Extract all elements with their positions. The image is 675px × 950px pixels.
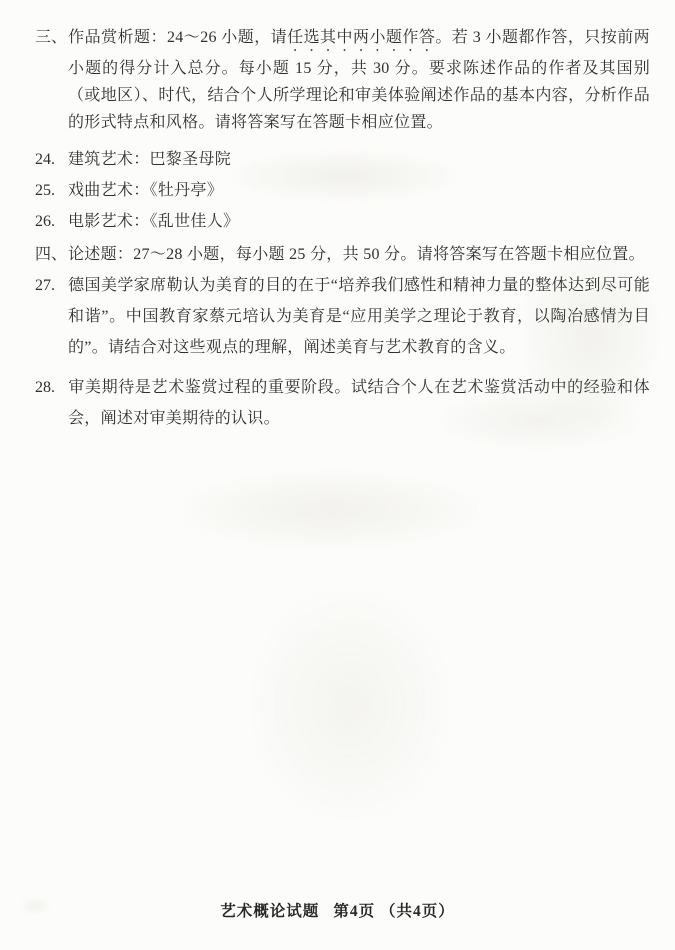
section-appreciation-heading: 三、作品赏析题：24～26 小题，请任选其中两小题作答。若 3 小题都作答，只按…	[35, 24, 650, 136]
section-instructions-before: 作品赏析题：24～26 小题，请	[68, 29, 287, 46]
section-instructions-emphasized: 任选其中两小题作答	[287, 29, 435, 46]
question-text: 建筑艺术：巴黎圣母院	[68, 151, 231, 168]
question-number: 24.	[35, 146, 68, 173]
section-number: 四、	[35, 241, 68, 268]
question-26: 26.电影艺术：《乱世佳人》	[35, 208, 650, 235]
question-number: 28.	[35, 372, 68, 403]
question-number: 27.	[35, 270, 68, 301]
question-text: 德国美学家席勒认为美育的目的在于“培养我们感性和精神力量的整体达到尽可能和谐”。…	[68, 277, 650, 356]
section-number: 三、	[35, 24, 68, 51]
footer-doc-title: 艺术概论试题	[220, 903, 319, 920]
exam-paper-page: 三、作品赏析题：24～26 小题，请任选其中两小题作答。若 3 小题都作答，只按…	[0, 0, 675, 950]
question-text: 电影艺术：《乱世佳人》	[68, 213, 239, 230]
question-27: 27.德国美学家席勒认为美育的目的在于“培养我们感性和精神力量的整体达到尽可能和…	[35, 270, 650, 363]
question-24: 24.建筑艺术：巴黎圣母院	[35, 146, 650, 173]
question-25: 25.戏曲艺术：《牡丹亭》	[35, 177, 650, 204]
question-text: 戏曲艺术：《牡丹亭》	[68, 182, 223, 199]
section-essay-heading: 四、论述题：27～28 小题，每小题 25 分，共 50 分。请将答案写在答题卡…	[35, 241, 650, 268]
question-number: 25.	[35, 177, 68, 204]
footer-page-number: 第4页 （共4页）	[333, 903, 454, 920]
question-text: 审美期待是艺术鉴赏过程的重要阶段。试结合个人在艺术鉴赏活动中的经验和体会，阐述对…	[68, 379, 650, 427]
page-content: 三、作品赏析题：24～26 小题，请任选其中两小题作答。若 3 小题都作答，只按…	[35, 24, 650, 434]
section-instructions: 论述题：27～28 小题，每小题 25 分，共 50 分。请将答案写在答题卡相应…	[68, 246, 645, 263]
question-number: 26.	[35, 208, 68, 235]
question-28: 28.审美期待是艺术鉴赏过程的重要阶段。试结合个人在艺术鉴赏活动中的经验和体会，…	[35, 372, 650, 434]
bleed-through-smudge	[250, 590, 450, 820]
page-footer: 艺术概论试题第4页 （共4页）	[0, 899, 675, 921]
bleed-through-smudge	[180, 470, 480, 550]
